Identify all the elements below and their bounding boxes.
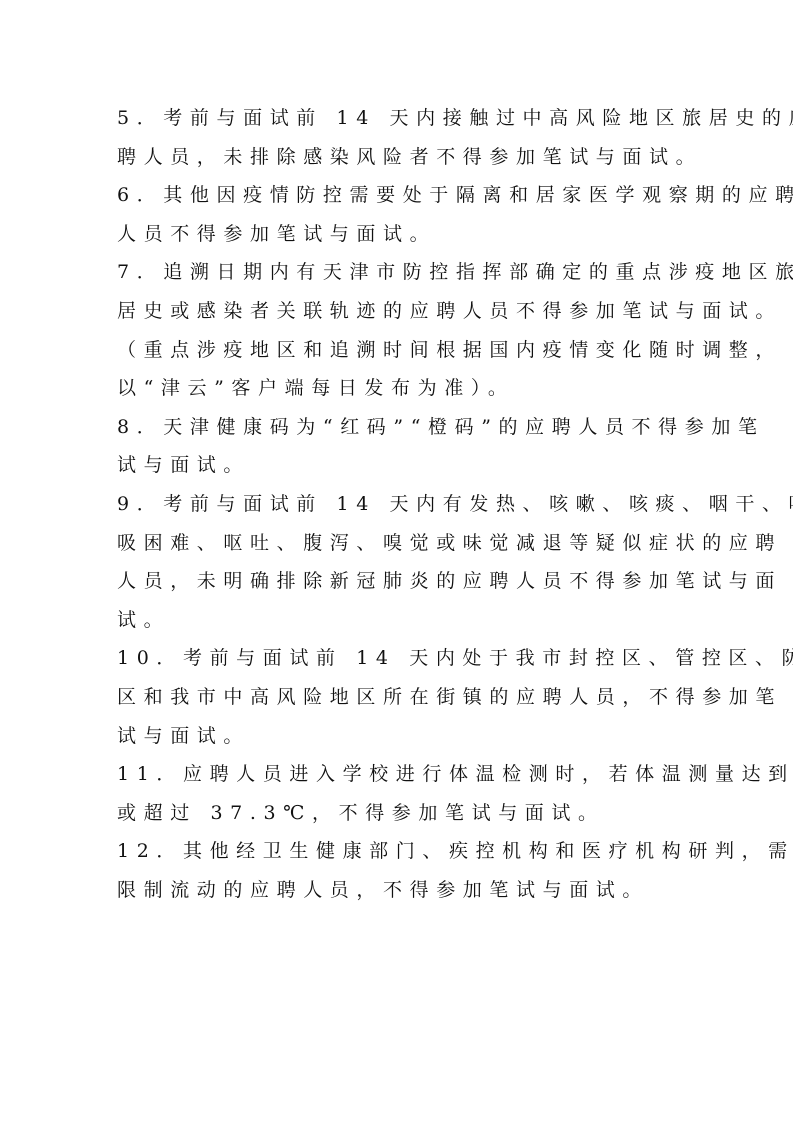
item-11-line-2: 或超过 37.3℃，不得参加笔试与面试。 <box>117 797 677 836</box>
item-6-line-2: 人员不得参加笔试与面试。 <box>117 218 677 257</box>
item-10-line-1: 10．考前与面试前 14 天内处于我市封控区、管控区、防范 <box>117 642 677 681</box>
item-9-line-3: 人员，未明确排除新冠肺炎的应聘人员不得参加笔试与面 <box>117 565 677 604</box>
item-7-note-line-2: 以“津云”客户端每日发布为准）。 <box>117 372 677 411</box>
item-7-line-2: 居史或感染者关联轨迹的应聘人员不得参加笔试与面试。 <box>117 295 677 334</box>
item-7-line-1: 7．追溯日期内有天津市防控指挥部确定的重点涉疫地区旅 <box>117 256 677 295</box>
document-page: 5．考前与面试前 14 天内接触过中高风险地区旅居史的应 聘人员，未排除感染风险… <box>117 102 677 912</box>
item-8-line-2: 试与面试。 <box>117 449 677 488</box>
item-9-line-4: 试。 <box>117 604 677 643</box>
item-12-line-1: 12．其他经卫生健康部门、疾控机构和医疗机构研判，需 <box>117 835 677 874</box>
item-8-line-1: 8．天津健康码为“红码”“橙码”的应聘人员不得参加笔 <box>117 411 677 450</box>
item-11-line-1: 11．应聘人员进入学校进行体温检测时，若体温测量达到 <box>117 758 677 797</box>
item-7-note-line-1: （重点涉疫地区和追溯时间根据国内疫情变化随时调整， <box>117 334 677 373</box>
item-12-line-2: 限制流动的应聘人员，不得参加笔试与面试。 <box>117 874 677 913</box>
item-6-line-1: 6．其他因疫情防控需要处于隔离和居家医学观察期的应聘 <box>117 179 677 218</box>
item-9-line-1: 9．考前与面试前 14 天内有发热、咳嗽、咳痰、咽干、呼 <box>117 488 677 527</box>
item-10-line-2: 区和我市中高风险地区所在街镇的应聘人员，不得参加笔 <box>117 681 677 720</box>
item-9-line-2: 吸困难、呕吐、腹泻、嗅觉或味觉减退等疑似症状的应聘 <box>117 527 677 566</box>
item-10-line-3: 试与面试。 <box>117 720 677 759</box>
item-5-line-1: 5．考前与面试前 14 天内接触过中高风险地区旅居史的应 <box>117 102 677 141</box>
item-5-line-2: 聘人员，未排除感染风险者不得参加笔试与面试。 <box>117 141 677 180</box>
